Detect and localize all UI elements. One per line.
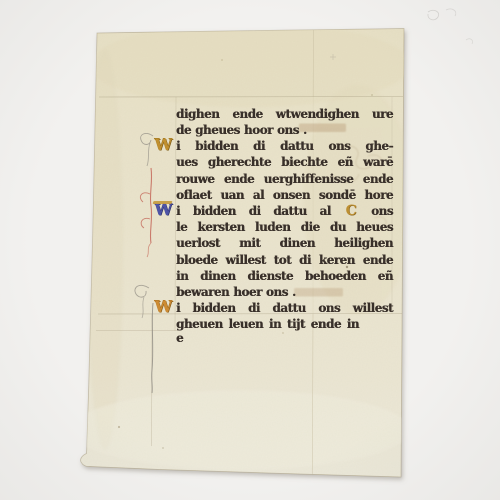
text-line: in dinen dienste behoeden eñ <box>176 269 393 284</box>
text-line: de gheues hoor ons . <box>176 123 307 138</box>
illuminated-initial: W <box>151 298 175 315</box>
text-line: rouwe ende uerghiffenisse ende <box>176 172 393 187</box>
illuminated-initial: W <box>151 136 175 153</box>
text-line: gheuen leuen in tijt ende in e <box>176 317 359 332</box>
gold-swash-letter: C <box>344 203 359 219</box>
illuminated-initial: W <box>151 201 175 218</box>
text-line: le kersten luden die du heues <box>176 220 393 235</box>
text-line: bewaren hoer ons . <box>176 285 296 300</box>
text-block: dighen ende wtwendighen ure de gheues ho… <box>0 0 500 500</box>
text-line: uerlost mit dinen heilighen <box>176 236 393 251</box>
text-line: Wi bidden di dattu ons ghe- <box>176 139 393 154</box>
manuscript-photo: dighen ende wtwendighen ure de gheues ho… <box>0 0 500 500</box>
text-line: Wi bidden di dattu ons willest <box>176 301 393 316</box>
text-line: Wi bidden di dattu al C ons <box>176 204 393 219</box>
text-line: ues gherechte biechte eñ warē <box>176 155 393 170</box>
text-line: oflaet uan al onsen sondē hore <box>176 188 393 203</box>
text-line: bloede willest tot di keren ende <box>176 253 393 268</box>
text-line: dighen ende wtwendighen ure <box>176 107 393 122</box>
